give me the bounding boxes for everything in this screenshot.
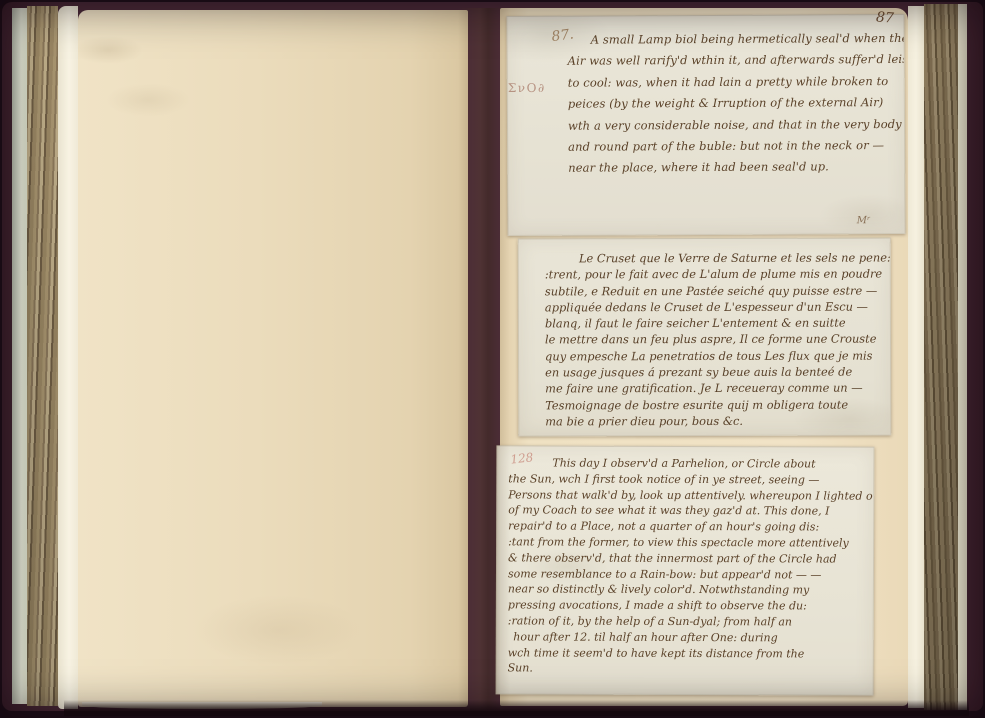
slip1-margin-shorthand-mark: ΣνΟ∂ <box>508 81 546 95</box>
manuscript-line: Persons that walk'd by, look up attentiv… <box>508 487 871 504</box>
manuscript-line: :ration of it, by the help of a Sun-dyal… <box>508 613 871 630</box>
bottom-shadow <box>64 700 969 716</box>
manuscript-line: hour after 12. til half an hour after On… <box>508 629 871 646</box>
manuscript-line: & there observ'd, that the innermost par… <box>508 550 871 567</box>
page-stack-edge-left <box>27 6 58 706</box>
manuscript-line: near the place, where it had been seal'd… <box>568 156 900 179</box>
flyleaf-edge-left <box>12 8 27 704</box>
manuscript-line: peices (by the weight & Irruption of the… <box>568 92 900 115</box>
manuscript-line: Le Cruset que le Verre de Saturne et les… <box>545 250 886 267</box>
manuscript-line: appliquée dedans le Cruset de L'espesseu… <box>545 298 886 315</box>
manuscript-slip-french-crucible: Le Cruset que le Verre de Saturne et les… <box>518 238 892 437</box>
manuscript-slip-english-parhelion: 128 This day I observ'd a Parhelion, or … <box>496 445 875 695</box>
page-edge-left <box>58 6 78 709</box>
folio-number: 87 <box>875 9 894 26</box>
manuscript-line: le mettre dans un feu plus aspre, Il ce … <box>545 331 886 348</box>
manuscript-line: and round part of the buble: but not in … <box>568 135 900 158</box>
manuscript-line: ma bie a prier dieu pour, bous &c. <box>545 412 886 429</box>
manuscript-line: repair'd to a Place, not a quarter of an… <box>508 519 871 536</box>
manuscript-slip-english-lamp-vial: 87. ΣνΟ∂ A small Lamp biol being hermeti… <box>506 14 905 236</box>
manuscript-line: me faire une gratification. Je L receuer… <box>545 380 886 397</box>
manuscript-line: of my Coach to see what it was they gaz'… <box>508 503 871 520</box>
flyleaf-edge-right <box>958 4 967 710</box>
manuscript-line: to cool: was, when it had lain a pretty … <box>568 71 900 94</box>
manuscript-line: Tesmoignage de bostre esurite quij m obl… <box>545 396 886 413</box>
slip2-text-block: Le Cruset que le Verre de Saturne et les… <box>545 250 886 430</box>
open-book-photograph: 87 87. ΣνΟ∂ A small Lamp biol being herm… <box>0 0 985 718</box>
manuscript-line: the Sun, wch I first took notice of in y… <box>508 471 871 488</box>
slip1-signature-initials: Mʳ <box>857 215 871 226</box>
manuscript-line: pressing avocations, I made a shift to o… <box>508 598 871 615</box>
page-stack-edge-right <box>924 4 958 710</box>
manuscript-line: This day I observ'd a Parhelion, or Circ… <box>508 455 871 472</box>
manuscript-line: Air was well rarify'd wthin it, and afte… <box>568 49 900 72</box>
manuscript-line: en usage jusques á prezant sy beue auis … <box>545 364 886 381</box>
slip1-text-block: A small Lamp biol being hermetically sea… <box>567 28 900 180</box>
manuscript-line: wch time it seem'd to have kept its dist… <box>508 645 871 662</box>
left-page-blank <box>78 10 468 707</box>
manuscript-line: Sun. <box>508 661 871 678</box>
manuscript-line: subtile, e Reduit en une Pastée seiché q… <box>545 282 886 299</box>
slip3-text-block: This day I observ'd a Parhelion, or Circ… <box>508 455 872 677</box>
manuscript-line: blanq, il faut le faire seicher L'enteme… <box>545 315 886 332</box>
page-edge-right <box>908 6 924 708</box>
manuscript-line: quy empesche La penetratios de tous Les … <box>545 347 886 364</box>
manuscript-line: some resemblance to a Rain-bow: but appe… <box>508 566 871 583</box>
manuscript-line: :tant from the former, to view this spec… <box>508 534 871 551</box>
manuscript-line: A small Lamp biol being hermetically sea… <box>567 28 899 51</box>
manuscript-line: :trent, pour le fait avec de L'alum de p… <box>545 266 886 283</box>
manuscript-line: near so distinctly & lively color'd. Not… <box>508 582 871 599</box>
manuscript-line: wth a very considerable noise, and that … <box>568 114 900 137</box>
